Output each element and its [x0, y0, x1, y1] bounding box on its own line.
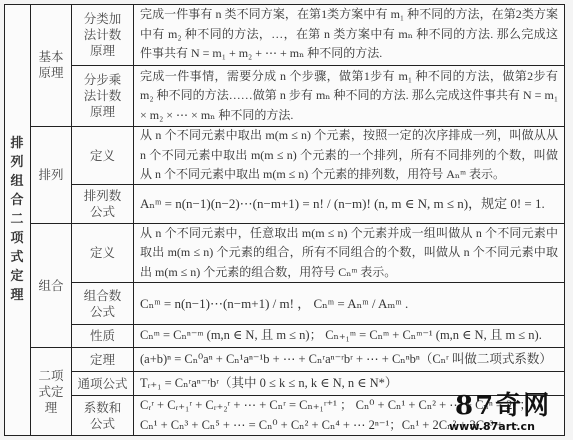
title-char: 二: [10, 210, 23, 229]
content-multiplication-principle: 完成一件事情，需要分成 n 个步骤，做第1步有 m₁ 种不同的方法，做第2步有 …: [134, 66, 565, 127]
row-name-text: 定义: [90, 245, 115, 261]
row-name-permutation-definition: 定义: [72, 127, 134, 185]
watermark: 87奇网 www.87art.cn: [455, 392, 565, 436]
row-name-properties: 性质: [72, 325, 134, 348]
content-text: 完成一件事情，需要分成 n 个步骤，做第1步有 m₁ 种不同的方法，做第2步有 …: [140, 67, 558, 126]
row-name-combination-definition: 定义: [72, 224, 134, 283]
row-name-text: 定理: [90, 352, 115, 368]
watermark-url: www.87art.cn: [449, 420, 565, 433]
row-name-addition-principle: 分类加法计数原理: [72, 4, 134, 66]
content-text: Aₙᵐ = n(n−1)(n−2)⋯(n−m+1) = n! / (n−m)! …: [140, 194, 558, 214]
row-name-general-term: 通项公式: [72, 372, 134, 396]
row-name-text: 性质: [90, 328, 115, 344]
section-label-text: 二项式定理: [35, 368, 67, 416]
title-char: 排: [10, 134, 23, 153]
row-name-multiplication-principle: 分步乘法计数原理: [72, 66, 134, 127]
content-combination-formula: Cₙᵐ = n(n−1)⋯(n−m+1) / m! ， Cₙᵐ = Aₙᵐ / …: [134, 283, 565, 325]
title-char: 合: [10, 191, 23, 210]
content-text: Cₙᵐ = n(n−1)⋯(n−m+1) / m! ， Cₙᵐ = Aₙᵐ / …: [140, 294, 558, 314]
formula-table: 排 列 组 合 二 项 式 定 理 基本原理 排列 组合 二项式定理 分类加法计…: [4, 4, 565, 436]
section-label-combination: 组合: [31, 224, 72, 348]
content-text: 从 n 个不同元素中，任意取出 m(m ≤ n) 个元素并成一组叫做从 n 个不…: [140, 224, 558, 283]
row-name-text: 组合数公式: [82, 288, 123, 320]
content-combination-definition: 从 n 个不同元素中，任意取出 m(m ≤ n) 个元素并成一组叫做从 n 个不…: [134, 224, 565, 283]
content-addition-principle: 完成一件事有 n 类不同方案，在第1类方案中有 m₁ 种不同的方法，在第2类方案…: [134, 4, 565, 66]
section-label-text: 排列: [38, 167, 63, 183]
row-name-text: 排列数公式: [82, 188, 123, 220]
content-binomial-theorem: (a+b)ⁿ = Cₙ⁰aⁿ + Cₙ¹aⁿ⁻¹b + ⋯ + Cₙʳaⁿ⁻ʳb…: [134, 348, 565, 372]
section-label-binomial: 二项式定理: [31, 348, 72, 436]
row-name-text: 定义: [90, 148, 115, 164]
title-char: 式: [10, 248, 23, 267]
row-name-text: 分步乘法计数原理: [80, 72, 125, 120]
row-name-coefficient-sum: 系数和公式: [72, 396, 134, 436]
title-char: 理: [10, 286, 23, 305]
section-label-permutation: 排列: [31, 127, 72, 224]
title-char: 列: [10, 153, 23, 172]
row-name-text: 分类加法计数原理: [80, 11, 125, 59]
title-char: 定: [10, 267, 23, 286]
content-text: Cₙᵐ = Cₙⁿ⁻ᵐ (m,n ∈ N, 且 m ≤ n)； Cₙ₊₁ᵐ = …: [140, 326, 558, 346]
content-text: 从 n 个不同元素中取出 m(m ≤ n) 个元素，按照一定的次序排成一列，叫做…: [140, 126, 558, 185]
section-label-text: 组合: [38, 278, 63, 294]
row-name-text: 系数和公式: [82, 400, 123, 432]
content-text: (a+b)ⁿ = Cₙ⁰aⁿ + Cₙ¹aⁿ⁻¹b + ⋯ + Cₙʳaⁿ⁻ʳb…: [140, 350, 558, 370]
section-label-text: 基本原理: [37, 49, 65, 81]
section-label-basic: 基本原理: [31, 4, 72, 127]
table-title-vertical: 排 列 组 合 二 项 式 定 理: [4, 4, 31, 436]
content-permutation-formula: Aₙᵐ = n(n−1)(n−2)⋯(n−m+1) = n! / (n−m)! …: [134, 185, 565, 224]
watermark-logo: 87奇网: [455, 392, 565, 420]
row-name-text: 通项公式: [77, 376, 127, 392]
row-name-binomial-theorem: 定理: [72, 348, 134, 372]
row-name-combination-formula: 组合数公式: [72, 283, 134, 325]
content-properties: Cₙᵐ = Cₙⁿ⁻ᵐ (m,n ∈ N, 且 m ≤ n)； Cₙ₊₁ᵐ = …: [134, 325, 565, 348]
title-char: 项: [10, 229, 23, 248]
row-name-permutation-formula: 排列数公式: [72, 185, 134, 224]
content-permutation-definition: 从 n 个不同元素中取出 m(m ≤ n) 个元素，按照一定的次序排成一列，叫做…: [134, 127, 565, 185]
content-text: 完成一件事有 n 类不同方案，在第1类方案中有 m₁ 种不同的方法，在第2类方案…: [140, 5, 558, 64]
title-char: 组: [10, 172, 23, 191]
